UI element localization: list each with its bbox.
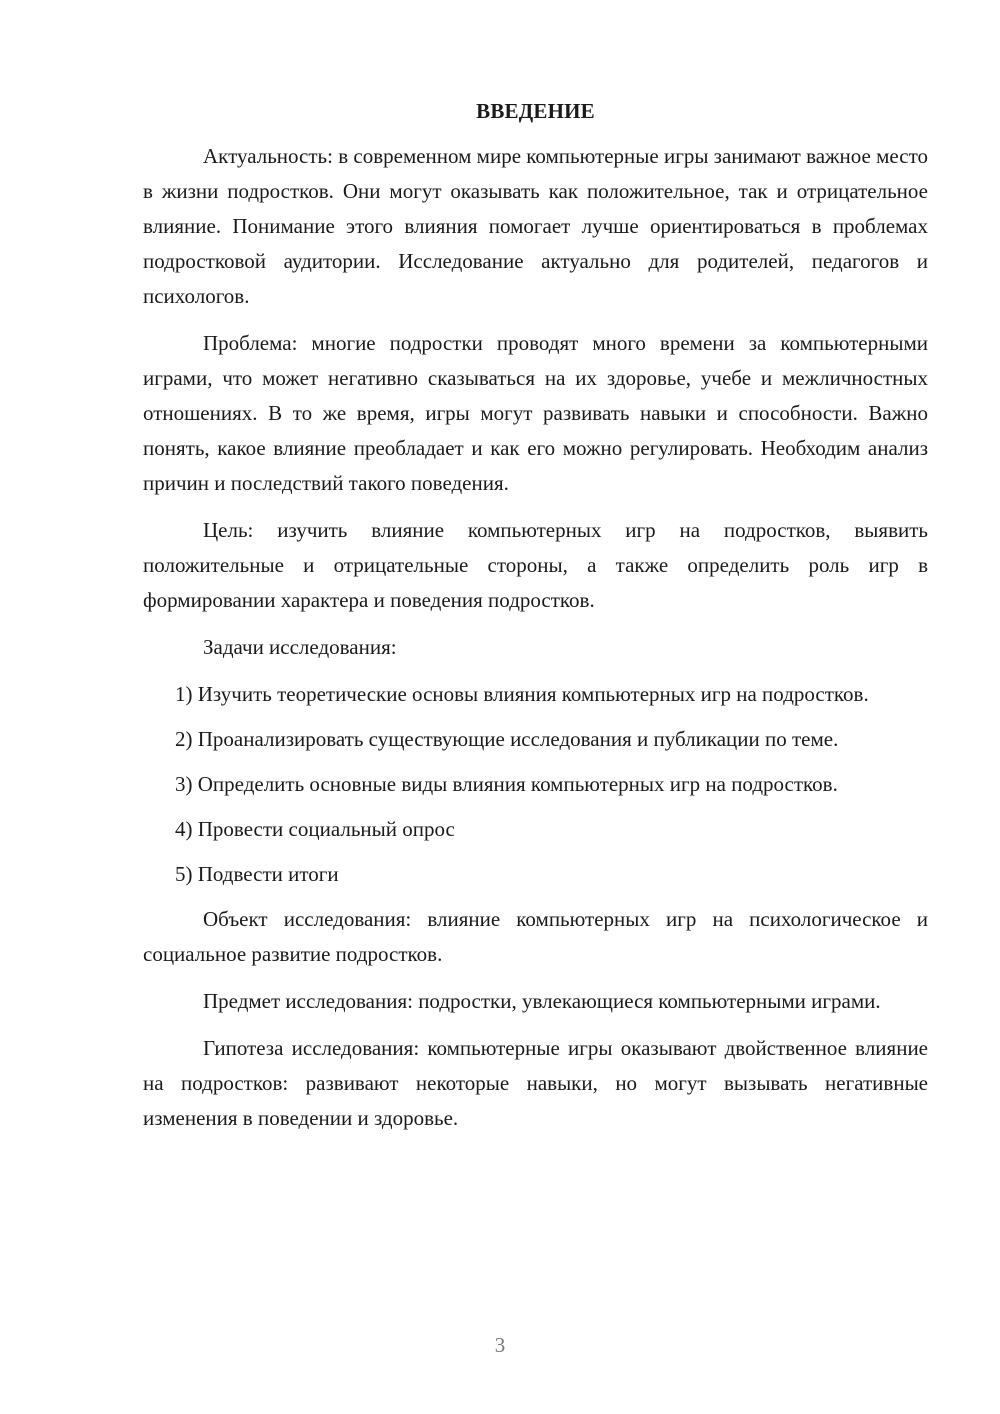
tasks-list: 1) Изучить теоретические основы влияния … bbox=[143, 677, 928, 892]
hypothesis-paragraph: Гипотеза исследования: компьютерные игры… bbox=[143, 1031, 928, 1136]
document-page: ВВЕДЕНИЕ Актуальность: в современном мир… bbox=[143, 94, 928, 1148]
page-title: ВВЕДЕНИЕ bbox=[143, 94, 928, 129]
task-item-2: 2) Проанализировать существующие исследо… bbox=[143, 722, 928, 757]
task-item-3: 3) Определить основные виды влияния комп… bbox=[143, 767, 928, 802]
page-number: 3 bbox=[0, 1333, 1000, 1358]
task-item-4: 4) Провести социальный опрос bbox=[143, 812, 928, 847]
object-paragraph: Объект исследования: влияние компьютерны… bbox=[143, 902, 928, 972]
task-item-1: 1) Изучить теоретические основы влияния … bbox=[143, 677, 928, 712]
subject-paragraph: Предмет исследования: подростки, увлекаю… bbox=[143, 984, 928, 1019]
task-item-5: 5) Подвести итоги bbox=[143, 857, 928, 892]
problem-paragraph: Проблема: многие подростки проводят мног… bbox=[143, 326, 928, 501]
goal-paragraph: Цель: изучить влияние компьютерных игр н… bbox=[143, 513, 928, 618]
tasks-heading: Задачи исследования: bbox=[143, 630, 928, 665]
relevance-paragraph: Актуальность: в современном мире компьют… bbox=[143, 139, 928, 314]
